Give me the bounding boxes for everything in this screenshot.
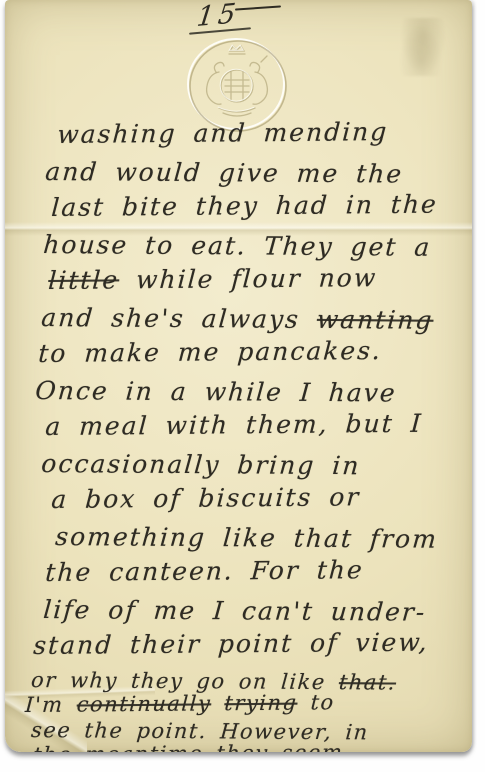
word: view, [355,628,430,658]
word: the [355,159,404,188]
word: under- [330,597,428,627]
word: on [238,669,269,693]
word: canteen. [108,556,234,586]
word: give [218,158,281,187]
word: but [345,409,395,438]
word: meantime [85,741,204,752]
word: point. [136,718,208,742]
word: bring [236,450,316,480]
word: she's [110,303,186,332]
word: eat. [190,231,248,260]
word: something [54,522,207,552]
word: from [369,524,439,553]
word: box [84,484,137,513]
word: point [217,629,294,659]
word: a [44,412,63,441]
word: I [410,409,424,438]
struck-word: that. [338,670,397,694]
word: can't [241,596,315,625]
struck-word: wanting [316,304,435,334]
word: occasionally [40,449,221,479]
word: me [296,158,341,187]
struck-word: continually [76,691,212,716]
word: seem [281,740,344,752]
word: and [193,118,248,147]
word: house [42,230,129,260]
word: see [30,718,72,742]
word: in [345,720,370,744]
word: to [310,690,336,714]
word: biscuits [198,483,314,513]
word: Once [34,376,110,405]
word: me [177,337,221,366]
word: stand [32,630,114,660]
word: of [107,595,138,624]
word: to [144,230,175,259]
letter-lines: washing and mending and would give me th… [5,122,466,752]
word: in [345,190,375,219]
word: them, [245,410,329,440]
word: to [37,339,68,368]
word: and [44,157,99,186]
word: or [30,668,58,692]
word: the [84,718,125,742]
word: They [263,231,335,260]
pen-stroke [235,5,281,10]
word: a [50,485,69,514]
word: mending [263,117,389,147]
word: of [152,484,182,513]
word: the [390,190,439,219]
word: I'm [24,692,64,716]
letter-line: little while flour now [47,264,467,304]
word: life [42,595,92,624]
word: a [413,232,432,261]
word: make [84,338,162,368]
word: they [130,668,184,692]
word: always [201,304,301,334]
word: and [40,303,95,332]
word: I [299,377,313,406]
word: in [331,451,361,480]
word: flour [231,264,303,294]
word: meal [78,411,149,441]
word: me [153,595,198,624]
word: washing [56,119,177,149]
word: why [69,668,119,692]
letter-line: to make me pancakes. [37,337,467,377]
word: that [293,523,354,552]
scan-background: 15 [0,0,485,772]
word: or [328,482,361,511]
word: their [129,630,202,660]
word: For [250,556,301,585]
struck-word: trying [224,690,298,715]
word: in [125,376,155,405]
word: they [216,740,270,752]
word: had [275,191,330,220]
word: go [196,669,227,693]
word: have [328,378,398,407]
letter-line: the canteen. For the [44,556,467,596]
word: the [316,555,365,584]
letter-page: 15 [5,0,472,752]
letter-line: last bite they had in the [50,191,467,231]
word: I [212,596,226,625]
word: like [222,523,278,552]
letter-line: the meantime they seem [32,741,467,752]
word: while [204,377,285,407]
word: would [114,157,203,187]
word: the [32,742,72,752]
word: last [50,193,106,222]
word: bite [121,192,180,222]
word: now [318,263,378,293]
word: while [135,265,215,295]
letter-line: I'm continually trying to [24,691,467,720]
struck-word: little [47,265,120,295]
word: with [165,410,230,440]
word: pancakes. [237,336,383,366]
word: a [170,376,189,405]
word: they [195,191,260,221]
word: the [44,558,93,587]
word: of [309,628,339,657]
letter-line: washing and mending [56,118,467,158]
letter-line: a box of biscuits or [50,483,467,523]
word: get [350,232,399,261]
letter-line: stand their point of view, [32,629,467,669]
letter-line: a meal with them, but I [44,410,467,450]
paper-stain [400,18,446,76]
